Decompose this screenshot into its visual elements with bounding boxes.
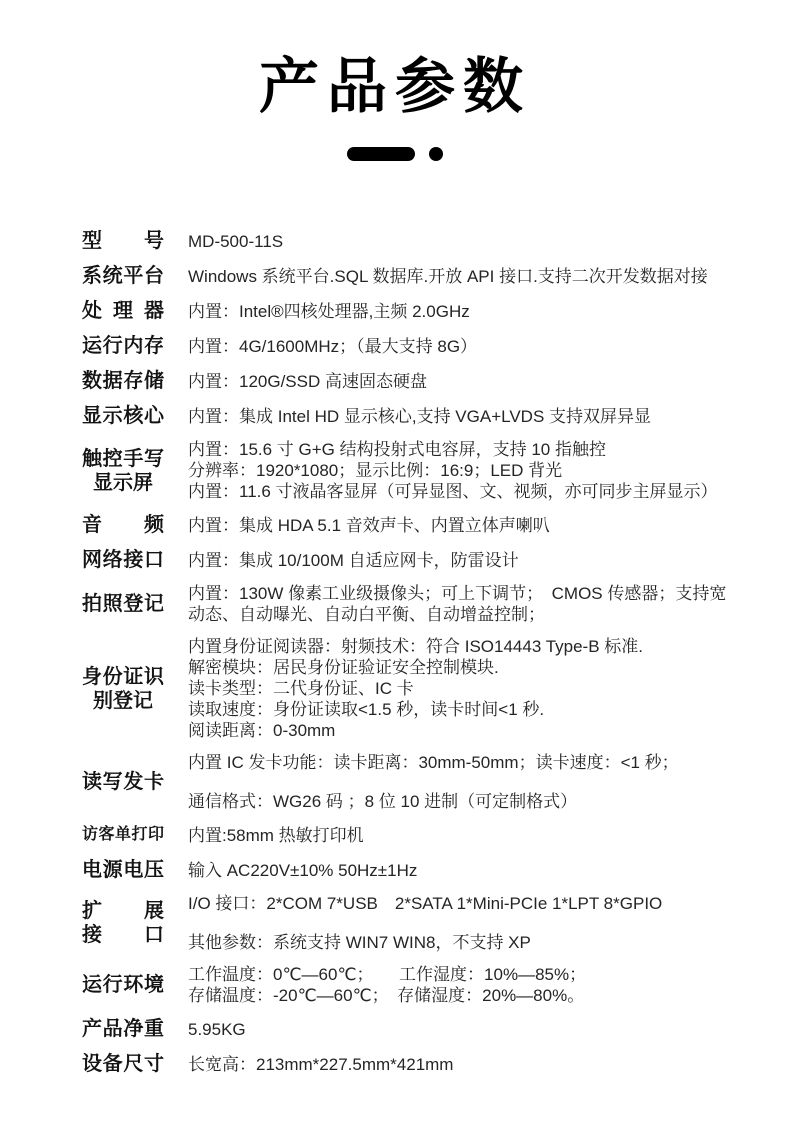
spec-label-line: 显示核心 <box>82 404 164 428</box>
spec-value: 长宽高：213mm*227.5mm*421mm <box>188 1054 752 1075</box>
spec-label-line: 网络接口 <box>82 548 164 572</box>
spec-label-line: 运行环境 <box>82 973 164 997</box>
spec-value: 内置身份证阅读器：射频技术：符合 ISO14443 Type-B 标准.解密模块… <box>188 636 752 741</box>
spec-label-line: 系统平台 <box>82 264 164 288</box>
spec-label-line: 型号 <box>82 229 164 253</box>
spec-label-line: 读写发卡 <box>82 770 164 794</box>
spec-value-line: Windows 系统平台.SQL 数据库.开放 API 接口.支持二次开发数据对… <box>188 266 752 287</box>
spec-label: 网络接口 <box>82 548 164 572</box>
spec-row-visitor-printer: 访客单打印 内置:58mm 热敏打印机 <box>82 823 752 847</box>
spec-label-line: 扩展 <box>82 899 164 923</box>
spec-value: 内置：Intel®四核处理器,主频 2.0GHz <box>188 301 752 322</box>
spec-value-line: 存储温度：-20℃—60℃； 存储湿度：20%—80%。 <box>188 985 752 1006</box>
spec-label: 触控手写显示屏 <box>82 447 164 495</box>
spec-value-line: 内置：11.6 寸液晶客显屏（可异显图、文、视频，亦可同步主屏显示） <box>188 481 752 502</box>
spec-value: 内置 IC 发卡功能：读卡距离：30mm-50mm；读卡速度：<1 秒；通信格式… <box>188 752 752 812</box>
spec-value: 内置：15.6 寸 G+G 结构投射式电容屏，支持 10 指触控分辨率：1920… <box>188 439 752 502</box>
spec-label: 型号 <box>82 229 164 253</box>
spec-label-line: 接口 <box>82 923 164 947</box>
spec-label-line: 处理器 <box>82 299 164 323</box>
spec-value-line: 内置：Intel®四核处理器,主频 2.0GHz <box>188 301 752 322</box>
spec-label-line: 数据存储 <box>82 369 164 393</box>
spec-value-line: 内置:58mm 热敏打印机 <box>188 825 752 846</box>
spec-value-line: 内置：130W 像素工业级摄像头；可上下调节； CMOS 传感器；支持宽 <box>188 583 752 604</box>
spec-value-line: 内置：15.6 寸 G+G 结构投射式电容屏，支持 10 指触控 <box>188 439 752 460</box>
spec-label-line: 显示屏 <box>82 471 164 495</box>
spec-value-line: 读卡类型：二代身份证、IC 卡 <box>188 678 752 699</box>
spec-value: MD-500-11S <box>188 231 752 252</box>
spec-label: 处理器 <box>82 299 164 323</box>
spec-label: 设备尺寸 <box>82 1052 164 1076</box>
spec-row-id-card-reader: 身份证识别登记 内置身份证阅读器：射频技术：符合 ISO14443 Type-B… <box>82 636 752 741</box>
spec-label: 音频 <box>82 513 164 537</box>
spec-label: 扩展接口 <box>82 899 164 947</box>
spec-row-display-core: 显示核心 内置：集成 Intel HD 显示核心,支持 VGA+LVDS 支持双… <box>82 404 752 428</box>
spec-value-line: 读取速度：身份证读取<1.5 秒，读卡时间<1 秒. <box>188 699 752 720</box>
spec-row-storage: 数据存储 内置：120G/SSD 高速固态硬盘 <box>82 369 752 393</box>
spec-value-line: 工作温度：0℃—60℃； 工作湿度：10%—85%； <box>188 964 752 985</box>
spec-value: 内置:58mm 热敏打印机 <box>188 825 752 846</box>
spec-label-line: 别登记 <box>82 689 164 713</box>
page-title: 产品参数 <box>0 54 790 120</box>
spec-value-line: 内置：集成 HDA 5.1 音效声卡、内置立体声喇叭 <box>188 515 752 536</box>
spec-value: 输入 AC220V±10% 50Hz±1Hz <box>188 860 752 881</box>
spec-row-camera: 拍照登记 内置：130W 像素工业级摄像头；可上下调节； CMOS 传感器；支持… <box>82 583 752 625</box>
spec-value: 内置：130W 像素工业级摄像头；可上下调节； CMOS 传感器；支持宽动态、自… <box>188 583 752 625</box>
spec-label: 拍照登记 <box>82 592 164 616</box>
spec-value: 内置：集成 HDA 5.1 音效声卡、内置立体声喇叭 <box>188 515 752 536</box>
spec-value-line: 内置：集成 10/100M 自适应网卡，防雷设计 <box>188 550 752 571</box>
spec-value-line: 长宽高：213mm*227.5mm*421mm <box>188 1054 752 1075</box>
spec-row-touch-screen: 触控手写显示屏 内置：15.6 寸 G+G 结构投射式电容屏，支持 10 指触控… <box>82 439 752 502</box>
spec-value: Windows 系统平台.SQL 数据库.开放 API 接口.支持二次开发数据对… <box>188 266 752 287</box>
spec-value-line: MD-500-11S <box>188 231 752 252</box>
spec-value-line: 内置：120G/SSD 高速固态硬盘 <box>188 371 752 392</box>
spec-row-card-read-write: 读写发卡 内置 IC 发卡功能：读卡距离：30mm-50mm；读卡速度：<1 秒… <box>82 752 752 812</box>
spec-value-line: 内置：集成 Intel HD 显示核心,支持 VGA+LVDS 支持双屏异显 <box>188 406 752 427</box>
spec-label-line: 触控手写 <box>82 447 164 471</box>
spec-label: 身份证识别登记 <box>82 665 164 713</box>
spec-row-cpu: 处理器 内置：Intel®四核处理器,主频 2.0GHz <box>82 299 752 323</box>
title-underline-dot-icon <box>429 147 443 161</box>
spec-row-operating-environment: 运行环境 工作温度：0℃—60℃； 工作湿度：10%—85%；存储温度：-20℃… <box>82 964 752 1006</box>
spec-row-expansion-io: 扩展接口 I/O 接口：2*COM 7*USB 2*SATA 1*Mini-PC… <box>82 893 752 953</box>
spec-row-os-platform: 系统平台 Windows 系统平台.SQL 数据库.开放 API 接口.支持二次… <box>82 264 752 288</box>
spec-row-audio: 音频 内置：集成 HDA 5.1 音效声卡、内置立体声喇叭 <box>82 513 752 537</box>
spec-value: 内置：4G/1600MHz；（最大支持 8G） <box>188 336 752 357</box>
spec-label: 显示核心 <box>82 404 164 428</box>
spec-label: 电源电压 <box>82 858 164 882</box>
spec-label: 访客单打印 <box>82 823 164 847</box>
spec-label-line: 访客单打印 <box>82 823 164 847</box>
spec-label-line: 产品净重 <box>82 1017 164 1041</box>
spec-row-power: 电源电压 输入 AC220V±10% 50Hz±1Hz <box>82 858 752 882</box>
spec-value: 内置：集成 Intel HD 显示核心,支持 VGA+LVDS 支持双屏异显 <box>188 406 752 427</box>
spec-label: 运行环境 <box>82 973 164 997</box>
spec-value-line: 通信格式：WG26 码 ；8 位 10 进制（可定制格式） <box>188 791 752 812</box>
spec-value-line: 5.95KG <box>188 1019 752 1040</box>
spec-value-line: 其他参数：系统支持 WIN7 WIN8，不支持 XP <box>188 932 752 953</box>
spec-value-line: 阅读距离：0-30mm <box>188 720 752 741</box>
spec-value-line: 内置：4G/1600MHz；（最大支持 8G） <box>188 336 752 357</box>
spec-value-line: 输入 AC220V±10% 50Hz±1Hz <box>188 860 752 881</box>
spec-label-line: 身份证识 <box>82 665 164 689</box>
spec-value: 工作温度：0℃—60℃； 工作湿度：10%—85%；存储温度：-20℃—60℃；… <box>188 964 752 1006</box>
spec-value: I/O 接口：2*COM 7*USB 2*SATA 1*Mini-PCIe 1*… <box>188 893 752 953</box>
spec-label-line: 电源电压 <box>82 858 164 882</box>
spec-value: 内置：120G/SSD 高速固态硬盘 <box>188 371 752 392</box>
spec-row-net-weight: 产品净重 5.95KG <box>82 1017 752 1041</box>
spec-label: 产品净重 <box>82 1017 164 1041</box>
title-ornament <box>0 146 790 161</box>
spec-label: 数据存储 <box>82 369 164 393</box>
spec-value-line: 动态、自动曝光、自动白平衡、自动增益控制； <box>188 604 752 625</box>
spec-table: 型号 MD-500-11S 系统平台 Windows 系统平台.SQL 数据库.… <box>0 229 790 1076</box>
spec-row-dimensions: 设备尺寸 长宽高：213mm*227.5mm*421mm <box>82 1052 752 1076</box>
spec-value: 5.95KG <box>188 1019 752 1040</box>
spec-label: 运行内存 <box>82 334 164 358</box>
spec-label-line: 设备尺寸 <box>82 1052 164 1076</box>
spec-label-line: 拍照登记 <box>82 592 164 616</box>
spec-value-line: 内置身份证阅读器：射频技术：符合 ISO14443 Type-B 标准. <box>188 636 752 657</box>
spec-label-line: 音频 <box>82 513 164 537</box>
title-underline-bar-icon <box>347 147 415 161</box>
spec-row-model: 型号 MD-500-11S <box>82 229 752 253</box>
spec-value-line: 内置 IC 发卡功能：读卡距离：30mm-50mm；读卡速度：<1 秒； <box>188 752 752 773</box>
spec-value: 内置：集成 10/100M 自适应网卡，防雷设计 <box>188 550 752 571</box>
spec-label-line: 运行内存 <box>82 334 164 358</box>
page-header: 产品参数 <box>0 0 790 161</box>
spec-row-ram: 运行内存 内置：4G/1600MHz；（最大支持 8G） <box>82 334 752 358</box>
spec-label: 系统平台 <box>82 264 164 288</box>
spec-value-line: I/O 接口：2*COM 7*USB 2*SATA 1*Mini-PCIe 1*… <box>188 893 752 914</box>
spec-value-line: 解密模块：居民身份证验证安全控制模块. <box>188 657 752 678</box>
spec-row-network: 网络接口 内置：集成 10/100M 自适应网卡，防雷设计 <box>82 548 752 572</box>
spec-value-line: 分辨率：1920*1080；显示比例：16:9；LED 背光 <box>188 460 752 481</box>
spec-label: 读写发卡 <box>82 770 164 794</box>
